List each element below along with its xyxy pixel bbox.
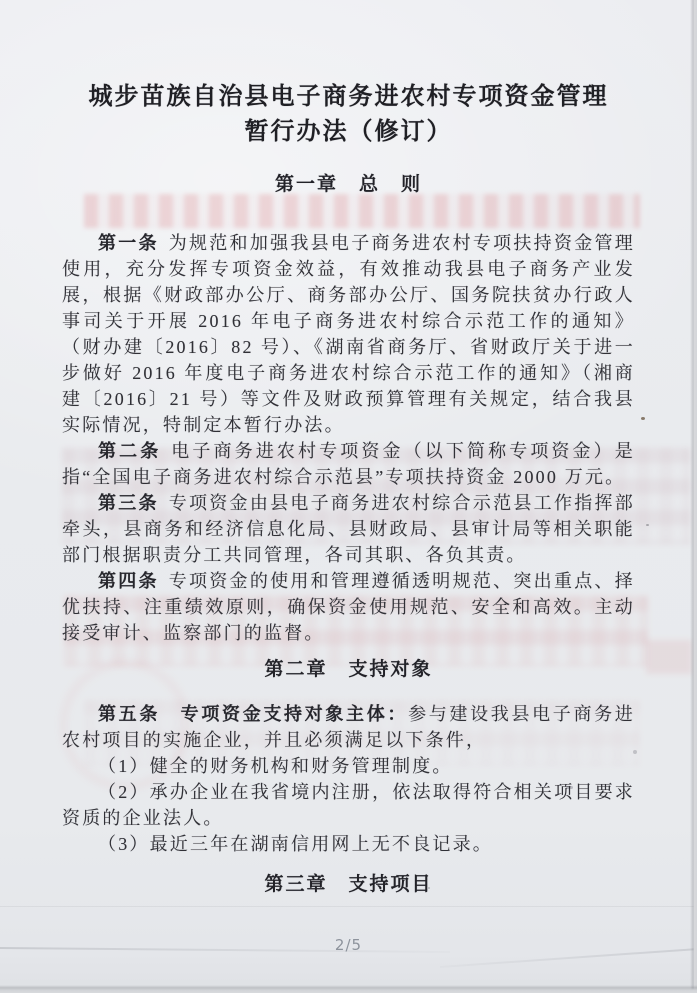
article-5-number: 第五条 专项资金支持对象主体： bbox=[98, 704, 408, 724]
document-title: 城步苗族自治县电子商务进农村专项资金管理暂行办法（修订） bbox=[62, 80, 635, 150]
condition-item-2: （2）承办企业在我省境内注册，依法取得符合相关项目要求资质的企业法人。 bbox=[62, 779, 635, 831]
chapter-heading-3: 第三章 支持项目 bbox=[62, 874, 635, 896]
article-4-number: 第四条 bbox=[98, 571, 159, 591]
document-title-line1: 城步苗族自治县电子商务进农村专项资金管理 bbox=[89, 84, 609, 110]
chapter-heading-1: 第一章 总 则 bbox=[62, 174, 635, 196]
scanned-document-page: 城步苗族自治县电子商务进农村专项资金管理暂行办法（修订） 第一章 总 则 第一条… bbox=[0, 0, 697, 993]
article-1-paragraph: 第一条为规范和加强我县电子商务进农村专项扶持资金管理使用，充分发挥专项资金效益，… bbox=[62, 230, 635, 438]
article-4-paragraph: 第四条专项资金的使用和管理遵循透明规范、突出重点、择优扶持、注重绩效原则，确保资… bbox=[62, 568, 635, 646]
article-2-number: 第二条 bbox=[98, 441, 161, 461]
paper-bottom-edge bbox=[0, 985, 697, 993]
article-2-paragraph: 第二条电子商务进农村专项资金（以下简称专项资金）是指“全国电子商务进农村综合示范… bbox=[62, 438, 635, 490]
chapter-heading-2: 第二章 支持对象 bbox=[62, 659, 635, 681]
page-number: 2/5 bbox=[0, 936, 697, 954]
article-5-paragraph: 第五条 专项资金支持对象主体：参与建设我县电子商务进农村项目的实施企业，并且必须… bbox=[62, 701, 635, 753]
document-title-line2: 暂行办法（修订） bbox=[245, 119, 453, 145]
chapter-2-body: 第五条 专项资金支持对象主体：参与建设我县电子商务进农村项目的实施企业，并且必须… bbox=[62, 701, 635, 857]
article-3-number: 第三条 bbox=[98, 493, 159, 513]
article-1-number: 第一条 bbox=[98, 233, 159, 253]
paper-crease bbox=[0, 906, 697, 907]
article-3-paragraph: 第三条专项资金由县电子商务进农村综合示范县工作指挥部牵头，县商务和经济信息化局、… bbox=[62, 490, 635, 568]
article-1-text: 为规范和加强我县电子商务进农村专项扶持资金管理使用，充分发挥专项资金效益，有效推… bbox=[62, 233, 635, 435]
condition-item-1: （1）健全的财务机构和财务管理制度。 bbox=[62, 753, 635, 779]
paper-right-edge bbox=[690, 0, 697, 993]
chapter-1-body: 第一条为规范和加强我县电子商务进农村专项扶持资金管理使用，充分发挥专项资金效益，… bbox=[62, 230, 635, 646]
condition-item-3: （3）最近三年在湖南信用网上无不良记录。 bbox=[62, 831, 635, 857]
document-content: 城步苗族自治县电子商务进农村专项资金管理暂行办法（修订） 第一章 总 则 第一条… bbox=[0, 0, 697, 896]
